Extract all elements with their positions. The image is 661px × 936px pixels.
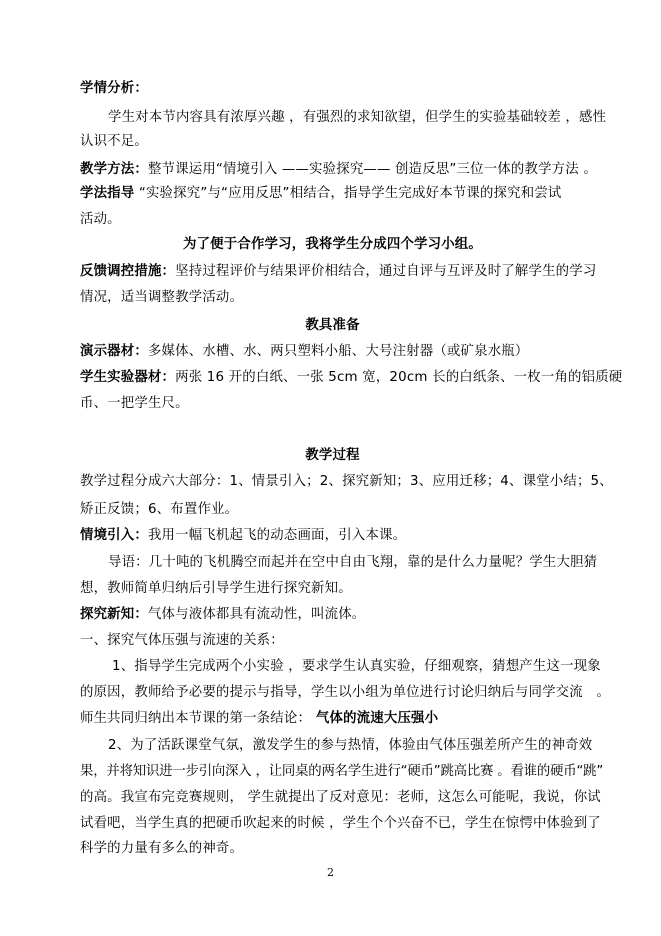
learning-analysis-body-cont: 认识不足。 xyxy=(80,133,585,151)
step-two-line-4: 试看吧，当学生真的把硬币吹起来的时候 ，学生个个兴奋不已，学生在惊愕中体验到了 xyxy=(80,815,585,833)
step-two-line-3: 的高。我宣布完竞赛规则， 学生就提出了反对意见：老师，这怎么可能呢，我说，你试 xyxy=(80,789,585,807)
conclusion-prefix: 师生共同归纳出本节课的第一条结论： xyxy=(80,711,311,726)
demo-equipment-label: 演示器材： xyxy=(80,344,148,359)
step-two: 2、为了活跃课堂气氛，激发学生的参与热情，体验由气体压强差所产生的神奇效 xyxy=(108,737,613,755)
page-number: 2 xyxy=(0,866,661,879)
teaching-aids-heading: 教具准备 xyxy=(80,317,585,335)
feedback-cont: 情况，适当调整教学活动。 xyxy=(80,289,585,307)
explore-label: 探究新知： xyxy=(80,607,148,622)
guide-paragraph: 导语：几十吨的飞机腾空而起并在空中自由飞翔，靠的是什么力量呢？学生大胆猜 xyxy=(108,554,613,572)
student-equipment-cont: 币、一把学生尺。 xyxy=(80,395,585,413)
study-guidance-cont: 活动。 xyxy=(80,211,585,229)
step-two-line-5: 科学的力量有多么的神奇。 xyxy=(80,840,585,858)
student-equipment-paragraph: 学生实验器材：两张 16 开的白纸、一张 5cm 宽，20cm 长的白纸条、一枚… xyxy=(80,369,585,387)
study-guidance-text: “实验探究”与“应用反思”相结合，指导学生完成好本节课的探究和尝试 xyxy=(134,186,561,201)
teaching-method-text: 整节课运用“情境引入 ——实验探究—— 创造反思”三位一体的教学方法 。 xyxy=(148,162,597,177)
feedback-text: 坚持过程评价与结果评价相结合，通过自评与互评及时了解学生的学习 xyxy=(175,264,596,279)
process-overview: 教学过程分成六大部分：1、情景引入；2、探究新知；3、应用迁移；4、课堂小结；5… xyxy=(80,473,585,491)
part-one-heading: 一、探究气体压强与流速的关系： xyxy=(80,632,585,650)
conclusion-line: 师生共同归纳出本节课的第一条结论： 气体的流速大压强小 xyxy=(80,710,585,728)
explore-text: 气体与液体都具有流动性，叫流体。 xyxy=(148,607,365,622)
feedback-paragraph: 反馈调控措施：坚持过程评价与结果评价相结合，通过自评与互评及时了解学生的学习 xyxy=(80,263,585,281)
conclusion-text: 气体的流速大压强小 xyxy=(311,711,438,726)
guide-paragraph-cont: 想，教师简单归纳后引导学生进行探究新知。 xyxy=(80,580,585,598)
study-guidance-paragraph: 学法指导 “实验探究”与“应用反思”相结合，指导学生完成好本节课的探究和尝试 xyxy=(80,185,585,203)
teaching-process-heading: 教学过程 xyxy=(80,447,585,465)
explore-paragraph: 探究新知：气体与液体都具有流动性，叫流体。 xyxy=(80,606,585,624)
document-page: 学情分析： 学生对本节内容具有浓厚兴趣 ，有强烈的求知欲望，但学生的实验基础较差… xyxy=(0,0,661,936)
intro-label: 情境引入： xyxy=(80,528,148,543)
demo-equipment-paragraph: 演示器材：多媒体、水槽、水、两只塑料小船、大号注射器（或矿泉水瓶） xyxy=(80,343,585,361)
process-overview-cont: 矫正反馈；6、布置作业。 xyxy=(80,501,585,519)
learning-analysis-body: 学生对本节内容具有浓厚兴趣 ，有强烈的求知欲望，但学生的实验基础较差 ，感性 xyxy=(108,109,613,127)
feedback-label: 反馈调控措施： xyxy=(80,264,175,279)
study-guidance-label: 学法指导 xyxy=(80,186,134,201)
teaching-method-paragraph: 教学方法：整节课运用“情境引入 ——实验探究—— 创造反思”三位一体的教学方法 … xyxy=(80,161,585,179)
student-equipment-text: 两张 16 开的白纸、一张 5cm 宽，20cm 长的白纸条、一枚一角的铝质硬 xyxy=(175,370,622,385)
demo-equipment-text: 多媒体、水槽、水、两只塑料小船、大号注射器（或矿泉水瓶） xyxy=(148,344,529,359)
learning-analysis-heading: 学情分析： xyxy=(80,80,585,98)
student-equipment-label: 学生实验器材： xyxy=(80,370,175,385)
step-one: 1、指导学生完成两个小实验 ，要求学生认真实验，仔细观察，猜想产生这一现象 xyxy=(112,658,617,676)
grouping-statement: 为了便于合作学习，我将学生分成四个学习小组。 xyxy=(80,236,585,254)
teaching-method-label: 教学方法： xyxy=(80,162,148,177)
intro-paragraph: 情境引入：我用一幅飞机起飞的动态画面，引入本课。 xyxy=(80,527,585,545)
intro-text: 我用一幅飞机起飞的动态画面，引入本课。 xyxy=(148,528,406,543)
step-one-cont: 的原因，教师给予必要的提示与指导，学生以小组为单位进行讨论归纳后与同学交流 。 xyxy=(80,684,585,702)
step-two-line-2: 果，并将知识进一步引向深入 ，让同桌的两名学生进行“硬币”跳高比赛 。看谁的硬币… xyxy=(80,763,585,781)
